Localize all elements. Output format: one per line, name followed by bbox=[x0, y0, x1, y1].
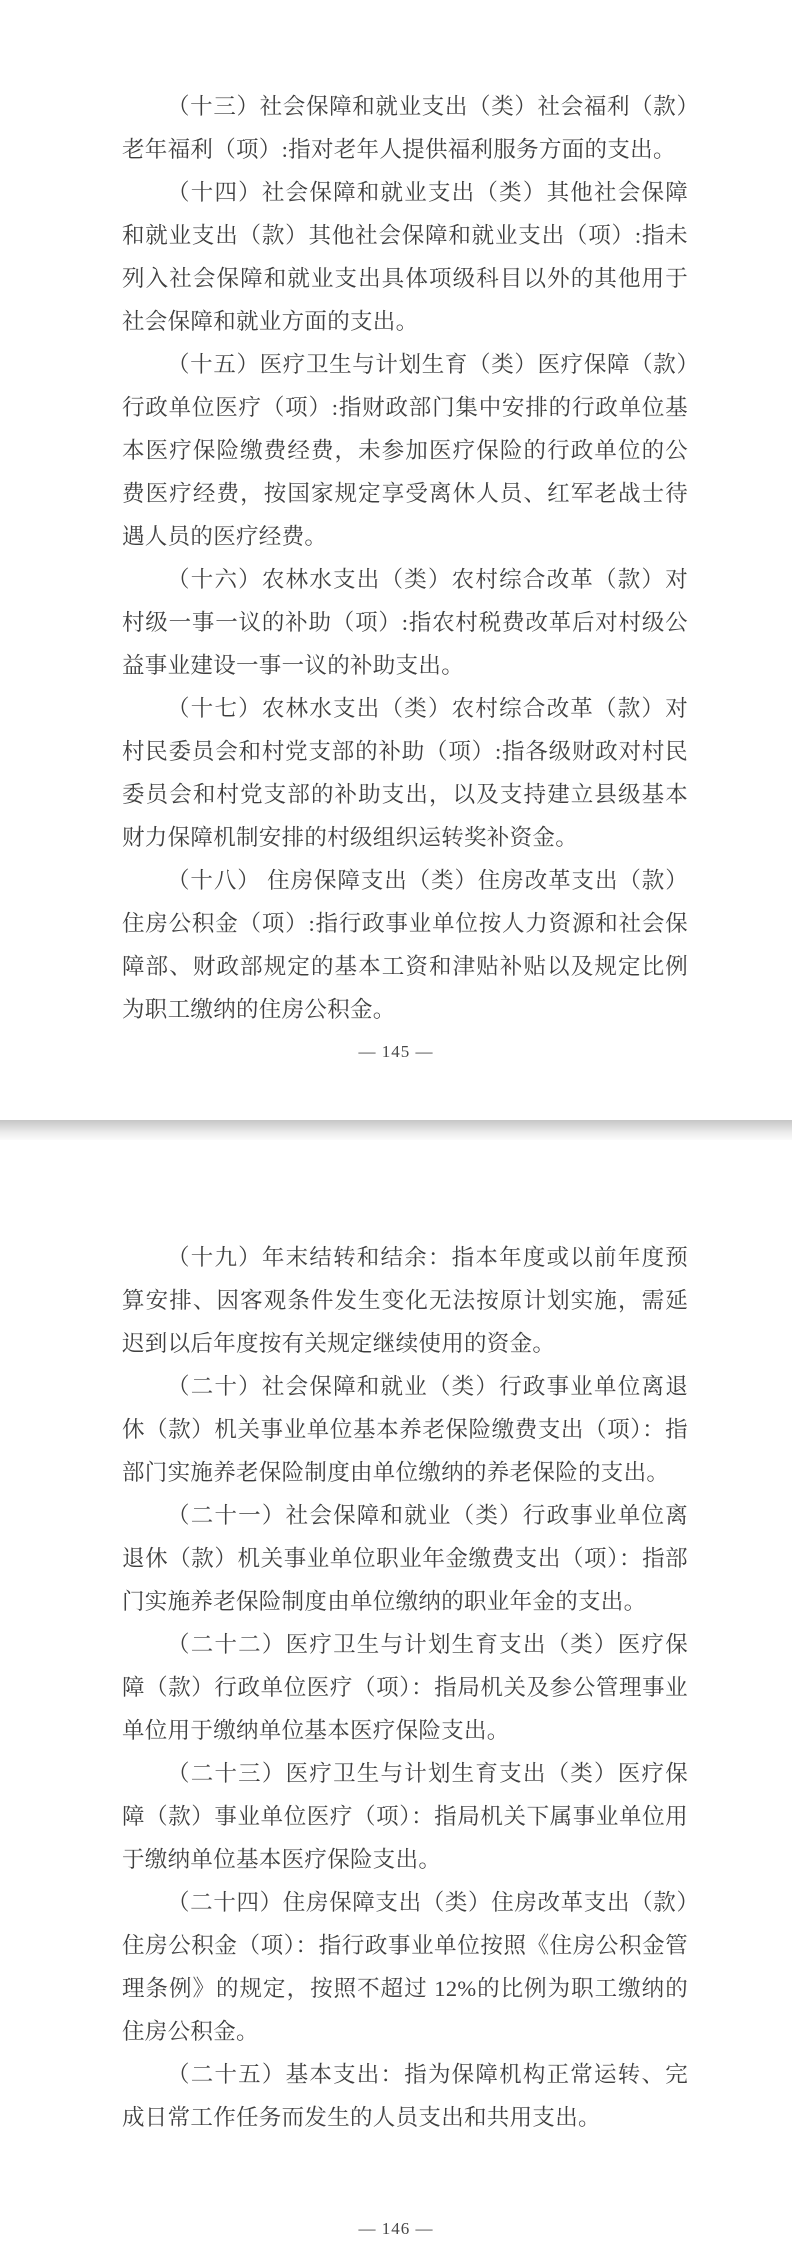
paragraph: （十四）社会保障和就业支出（类）其他社会保障和就业支出（款）其他社会保障和就业支… bbox=[122, 171, 688, 343]
paragraph: （二十一）社会保障和就业（类）行政事业单位离退休（款）机关事业单位职业年金缴费支… bbox=[122, 1494, 688, 1623]
paragraph: （十六）农林水支出（类）农村综合改革（款）对村级一事一议的补助（项）:指农村税费… bbox=[122, 558, 688, 687]
paragraph: （十九）年末结转和结余：指本年度或以前年度预算安排、因客观条件发生变化无法按原计… bbox=[122, 1236, 688, 1365]
page-145: （十三）社会保障和就业支出（类）社会福利（款）老年福利（项）:指对老年人提供福利… bbox=[0, 0, 792, 1120]
page-divider bbox=[0, 1120, 792, 1140]
paragraph: （二十五）基本支出：指为保障机构正常运转、完成日常工作任务而发生的人员支出和共用… bbox=[122, 2053, 688, 2139]
paragraph: （二十）社会保障和就业（类）行政事业单位离退休（款）机关事业单位基本养老保险缴费… bbox=[122, 1365, 688, 1494]
paragraph: （二十三）医疗卫生与计划生育支出（类）医疗保障（款）事业单位医疗（项）：指局机关… bbox=[122, 1752, 688, 1881]
paragraph: （十七）农林水支出（类）农村综合改革（款）对村民委员会和村党支部的补助（项）:指… bbox=[122, 687, 688, 859]
page-number-145: — 145 — bbox=[0, 1042, 792, 1062]
paragraph: （十八） 住房保障支出（类）住房改革支出（款）住房公积金（项）:指行政事业单位按… bbox=[122, 859, 688, 1031]
page-number-146: — 146 — bbox=[0, 2219, 792, 2239]
paragraph: （二十二）医疗卫生与计划生育支出（类）医疗保障（款）行政单位医疗（项）：指局机关… bbox=[122, 1623, 688, 1752]
paragraph: （十五）医疗卫生与计划生育（类）医疗保障（款）行政单位医疗（项）:指财政部门集中… bbox=[122, 343, 688, 558]
page-146-text: （十九）年末结转和结余：指本年度或以前年度预算安排、因客观条件发生变化无法按原计… bbox=[122, 1140, 688, 2139]
page-145-text: （十三）社会保障和就业支出（类）社会福利（款）老年福利（项）:指对老年人提供福利… bbox=[122, 0, 688, 1031]
page-146: （十九）年末结转和结余：指本年度或以前年度预算安排、因客观条件发生变化无法按原计… bbox=[0, 1140, 792, 2251]
document-viewer: （十三）社会保障和就业支出（类）社会福利（款）老年福利（项）:指对老年人提供福利… bbox=[0, 0, 792, 2251]
paragraph: （二十四）住房保障支出（类）住房改革支出（款）住房公积金（项）：指行政事业单位按… bbox=[122, 1881, 688, 2053]
paragraph: （十三）社会保障和就业支出（类）社会福利（款）老年福利（项）:指对老年人提供福利… bbox=[122, 85, 688, 171]
